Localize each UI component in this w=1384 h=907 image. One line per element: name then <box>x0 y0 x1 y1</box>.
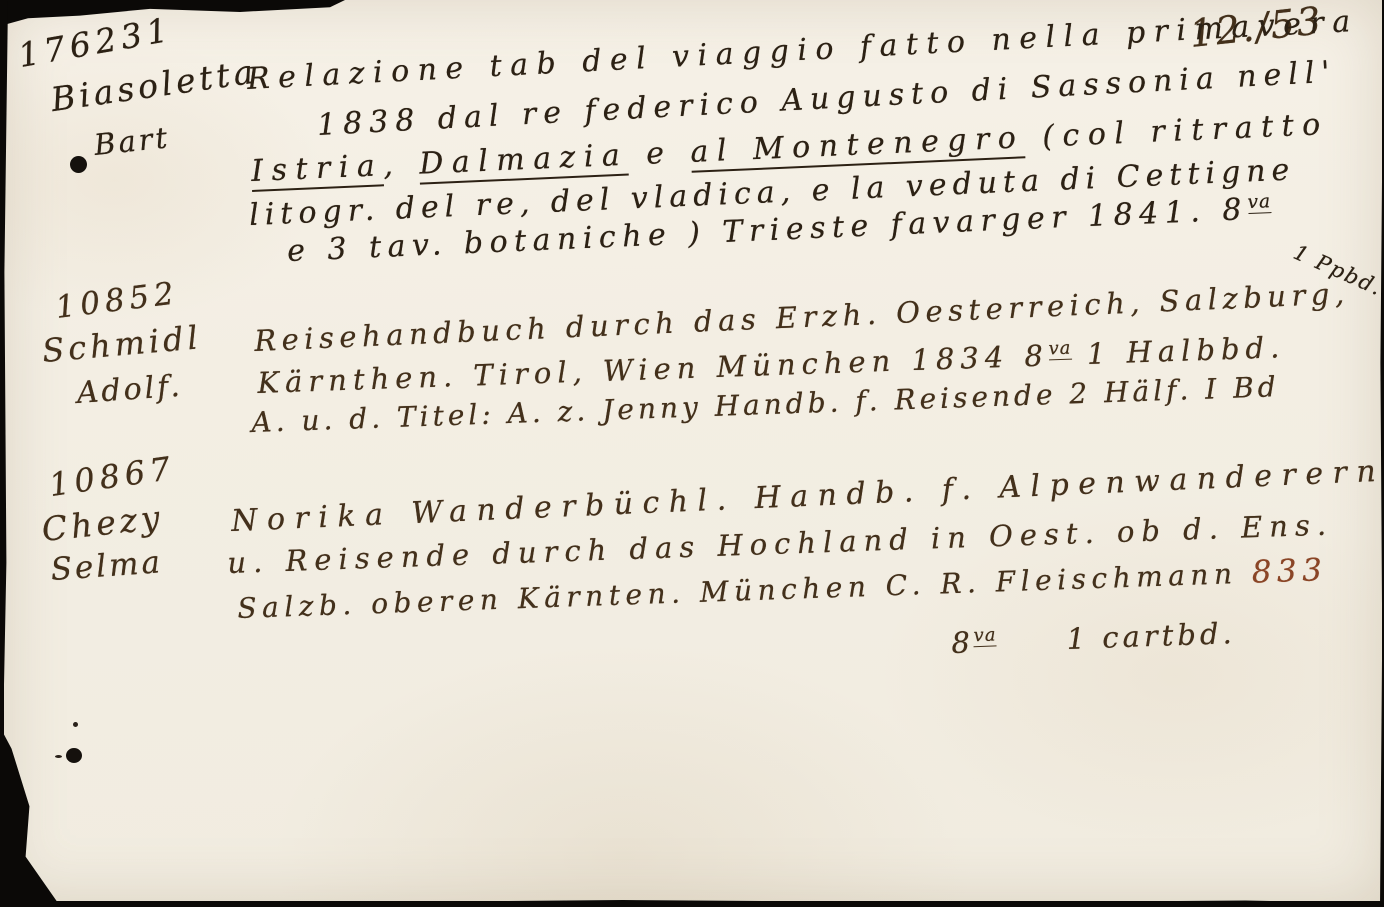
underlined-istria: Istria <box>250 148 384 192</box>
hole-punch-bottom <box>66 748 82 763</box>
year-mark-833: 833 <box>1251 552 1328 591</box>
scanned-catalog-card: { "document": { "corner_mark": "12./53",… <box>0 0 1384 907</box>
octavo-superscript: va <box>973 625 997 648</box>
entry3-binding-note: 1 cartbd. <box>1066 616 1236 656</box>
ink-dot-tail <box>55 755 62 758</box>
entry1-line3-sep2: e <box>627 135 691 173</box>
entry1-line3-sep: , <box>382 147 420 184</box>
octavo-superscript: va <box>1048 338 1072 361</box>
hole-punch-top <box>70 156 87 173</box>
ink-dot <box>73 722 78 727</box>
octavo-superscript: va <box>1247 191 1272 214</box>
entry2-author-2: Adolf. <box>76 369 184 411</box>
entry3-format: 8 <box>951 625 975 660</box>
gap <box>997 649 1067 651</box>
